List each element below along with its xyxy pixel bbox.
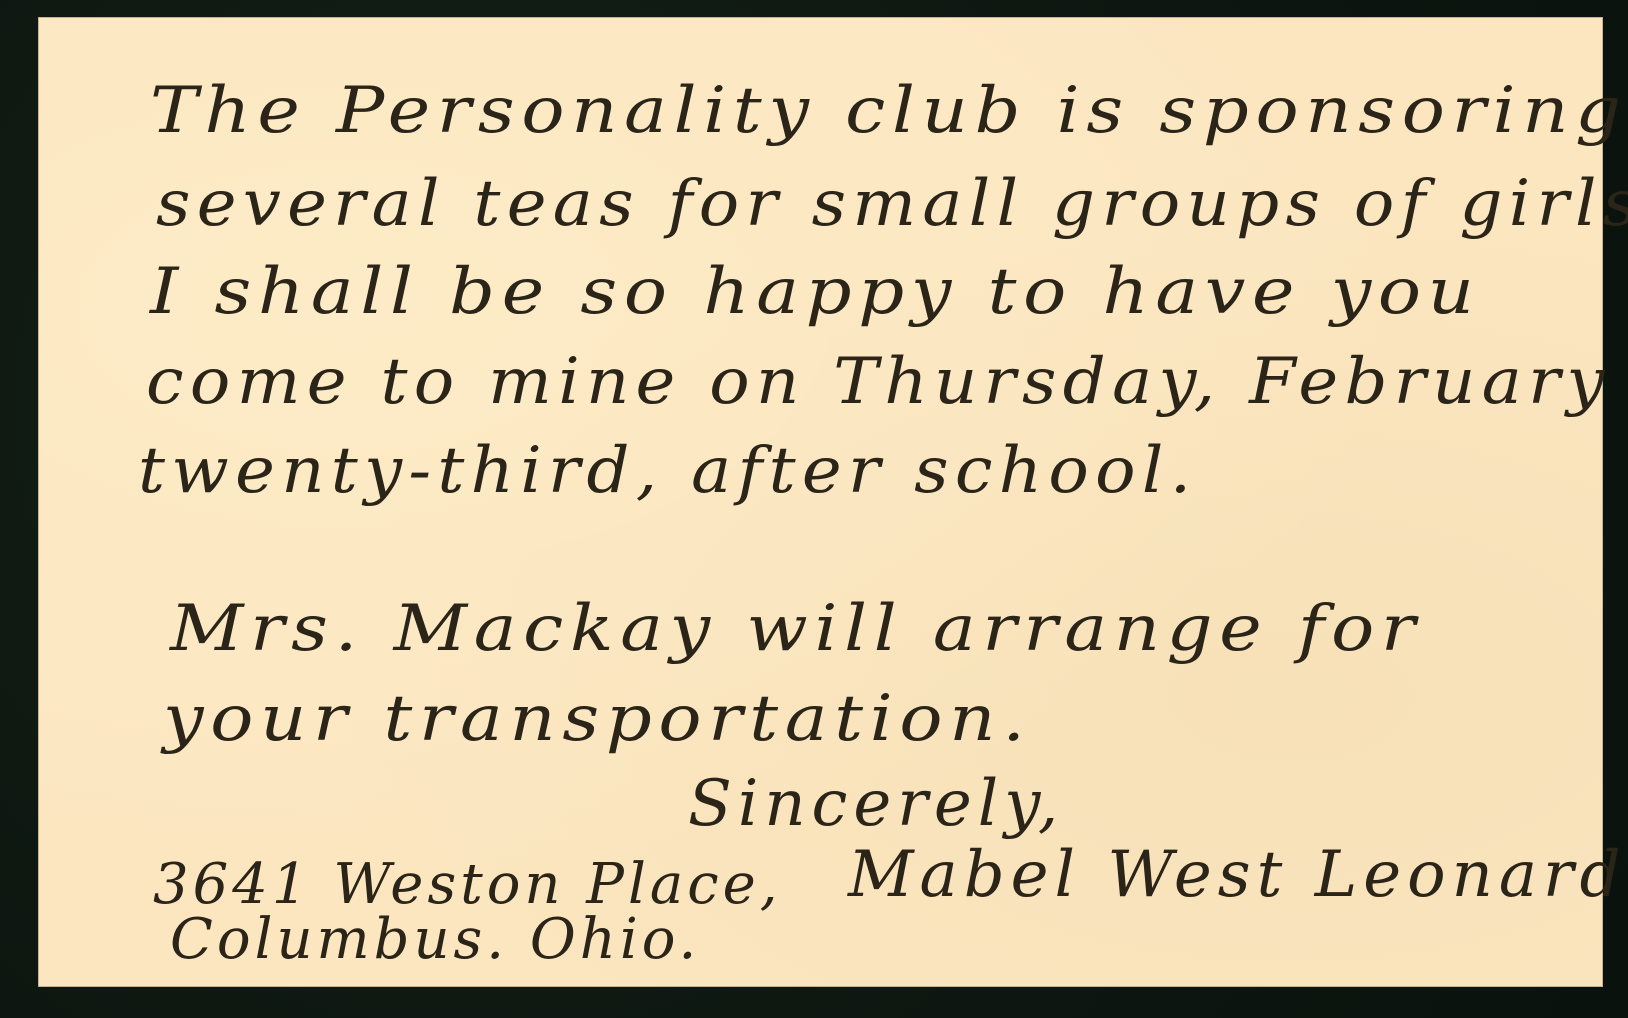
body-line-4: come to mine on Thursday, February: [146, 350, 1611, 414]
address-line-2: Columbus. Ohio.: [170, 912, 700, 968]
body-line-7: your transportation.: [163, 687, 1032, 751]
address-line-1: 3641 Weston Place,: [153, 857, 782, 913]
closing: Sincerely,: [688, 772, 1064, 836]
invitation-card: The Personality club is sponsoring sever…: [38, 17, 1603, 987]
body-line-1: The Personality club is sponsoring: [150, 79, 1628, 143]
scan-background: The Personality club is sponsoring sever…: [0, 0, 1628, 1018]
signature: Mabel West Leonard: [848, 843, 1627, 907]
body-line-5: twenty-third, after school.: [138, 439, 1197, 503]
body-line-6: Mrs. Mackay will arrange for: [170, 597, 1422, 661]
body-line-2: several teas for small groups of girls.: [156, 172, 1628, 236]
body-line-3: I shall be so happy to have you: [150, 260, 1481, 324]
